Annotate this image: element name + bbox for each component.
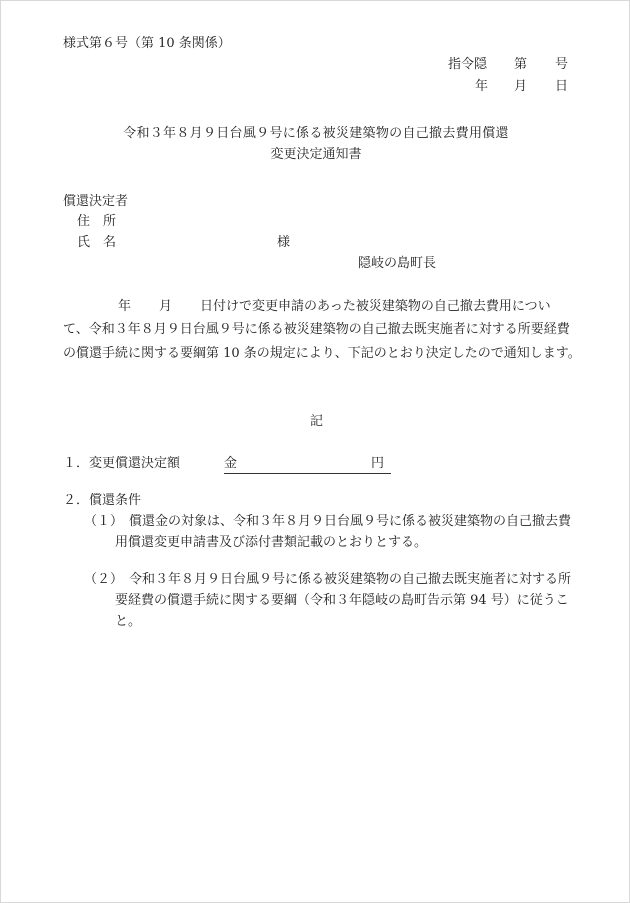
name-label: 氏 名 bbox=[77, 234, 116, 252]
date-day: 日 bbox=[555, 78, 568, 96]
doc-number-go: 号 bbox=[555, 56, 568, 74]
body-text-line-1: 日付けで変更申請のあった被災建築物の自己撤去費用につい bbox=[200, 298, 551, 316]
recipient-label: 償還決定者 bbox=[63, 193, 128, 211]
body-text: て、令和３年８月９日台風９号に係る被災建築物の自己撤去既実施者に対する所要経費の… bbox=[63, 318, 581, 366]
body-date-year: 年 bbox=[118, 298, 131, 316]
sub-1-text: 償還金の対象は、令和３年８月９日台風９号に係る被災建築物の自己撤去費用償還変更申… bbox=[115, 511, 583, 553]
document-page: 様式第６号（第 10 条関係） 指令隠 第 号 年 月 日 令和３年８月９日台風… bbox=[0, 0, 630, 903]
honorific: 様 bbox=[277, 234, 290, 252]
amount-field bbox=[224, 455, 391, 474]
title-line-2: 変更決定通知書 bbox=[1, 146, 630, 164]
body-date-month: 月 bbox=[159, 298, 172, 316]
doc-number-prefix: 指令隠 bbox=[448, 56, 487, 74]
title-line-1: 令和３年８月９日台風９号に係る被災建築物の自己撤去費用償還 bbox=[1, 125, 630, 143]
doc-number-dai: 第 bbox=[514, 56, 527, 74]
address-label: 住 所 bbox=[77, 213, 116, 231]
date-month: 月 bbox=[514, 78, 527, 96]
form-number: 様式第６号（第 10 条関係） bbox=[63, 35, 231, 53]
item-1-label: １．変更償還決定額 bbox=[63, 455, 180, 473]
sub-2-text: 令和３年８月９日台風９号に係る被災建築物の自己撤去既実施者に対する所要経費の償還… bbox=[115, 569, 583, 632]
ki-heading: 記 bbox=[310, 413, 323, 431]
amount-kin: 金 bbox=[224, 455, 237, 473]
issuer: 隠岐の島町長 bbox=[358, 255, 436, 273]
date-year: 年 bbox=[475, 78, 488, 96]
item-2-label: ２．償還条件 bbox=[63, 492, 141, 510]
amount-en: 円 bbox=[371, 455, 384, 473]
